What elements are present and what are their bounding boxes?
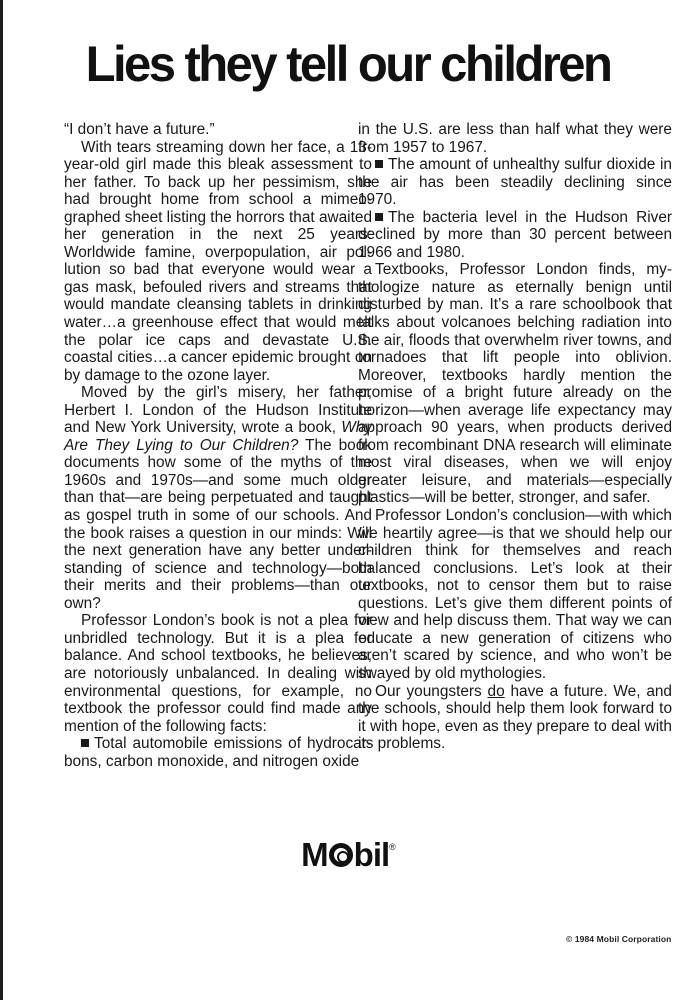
bullet-text: The amount of unhealthy sulfur dioxide i… — [358, 156, 672, 208]
logo-o-ring-icon — [329, 843, 353, 867]
square-bullet-icon — [375, 160, 383, 168]
paragraph-girl-assessment: With tears streaming down her face, a 13… — [64, 139, 372, 385]
bullet-item-emissions-continued: in the U.S. are less than half what they… — [358, 121, 672, 156]
square-bullet-icon — [375, 213, 383, 221]
right-column: in the U.S. are less than half what they… — [358, 121, 672, 753]
registered-mark: ® — [389, 842, 395, 852]
square-bullet-icon — [81, 739, 89, 747]
emphasized-word: do — [488, 683, 505, 700]
bullet-item-hudson: The bacteria level in the Hudson River d… — [358, 209, 672, 262]
logo-text-end: bil — [354, 836, 390, 873]
paragraph-closing: Our youngsters do have a future. We, and… — [358, 683, 672, 753]
bullet-text: The bacteria level in the Hudson River d… — [358, 209, 672, 261]
bullet-item-emissions: Total automobile emissions of hydrocar­b… — [64, 735, 372, 770]
paragraph-text: Moved by the girl’s misery, her father, … — [64, 384, 372, 436]
opening-quote: “I don’t have a future.” — [64, 121, 372, 139]
logo-text-start: M — [301, 836, 328, 873]
bullet-item-sulfur: The amount of unhealthy sulfur dioxide i… — [358, 156, 672, 209]
paragraph-textbooks-mythologize: Textbooks, Professor London finds, my­th… — [358, 261, 672, 507]
paragraph-conclusion: Professor London’s conclusion—with which… — [358, 507, 672, 682]
paragraph-balance-plea: Professor London’s book is not a plea fo… — [64, 612, 372, 735]
left-column: “I don’t have a future.” With tears stre… — [64, 121, 372, 770]
copyright-notice: © 1984 Mobil Corporation — [566, 934, 671, 944]
headline: Lies they tell our children — [7, 36, 689, 92]
paragraph-text: Our youngsters — [375, 683, 488, 700]
paragraph-text: The book documents how some of the myths… — [64, 437, 372, 612]
bullet-text: Total automobile emissions of hydrocar­b… — [64, 735, 372, 770]
mobil-logo: Mbil® — [0, 836, 696, 874]
paragraph-father-book: Moved by the girl’s misery, her father, … — [64, 384, 372, 612]
